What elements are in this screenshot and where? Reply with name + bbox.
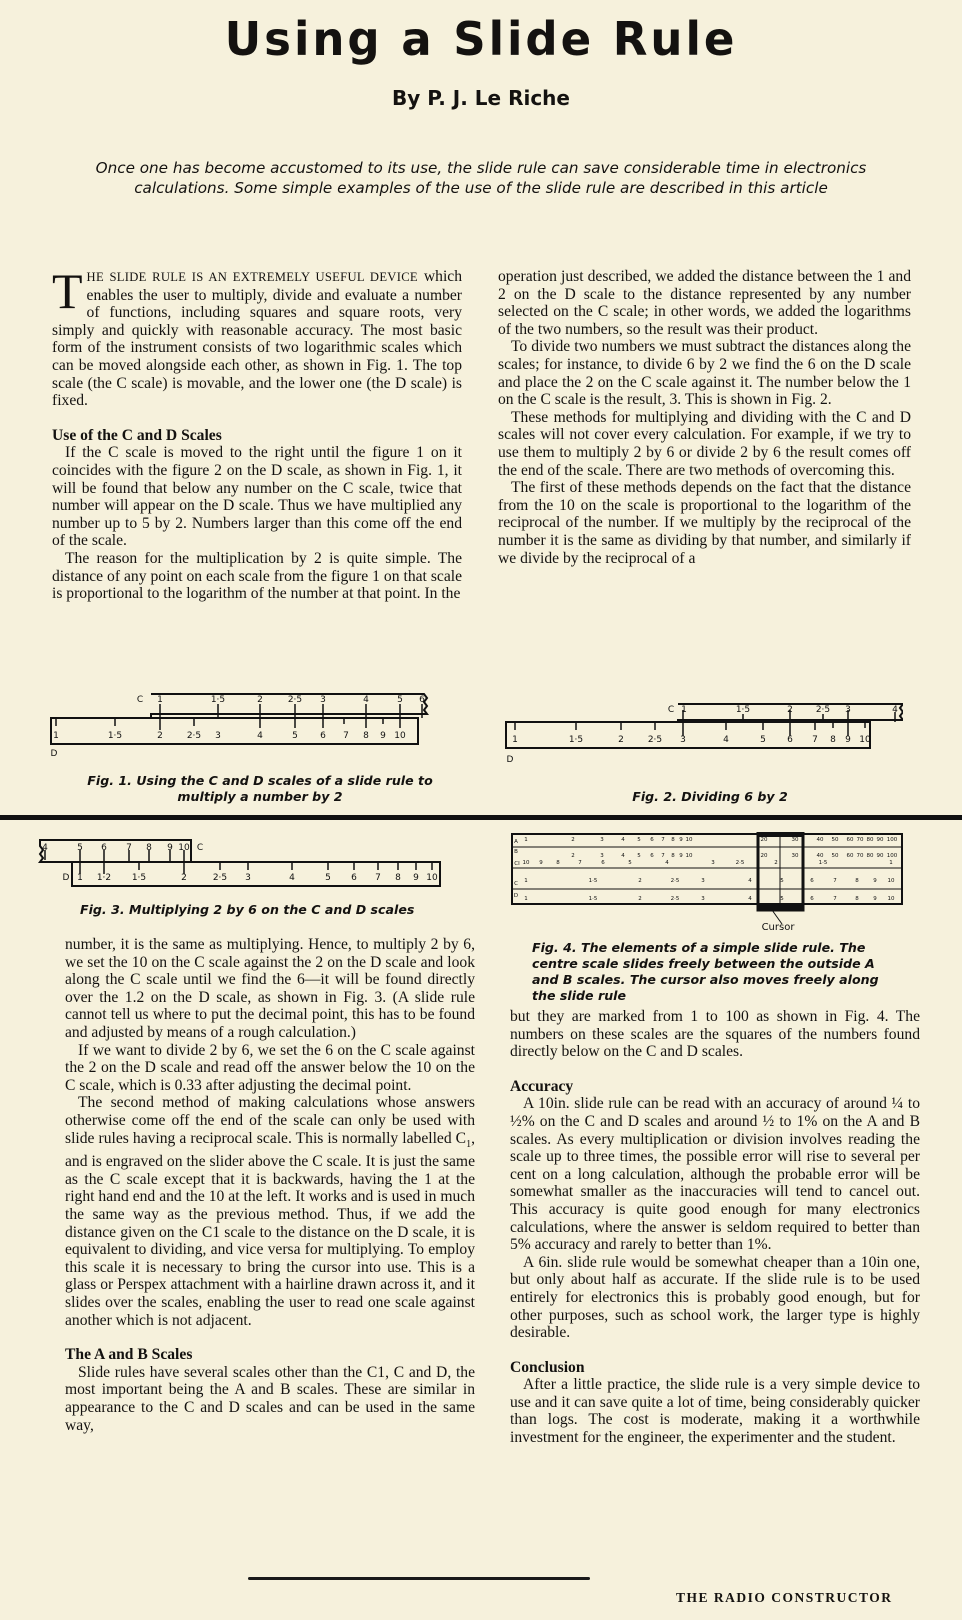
svg-text:6: 6	[320, 731, 326, 741]
svg-text:6: 6	[787, 735, 793, 745]
svg-text:8: 8	[556, 860, 560, 866]
svg-text:9: 9	[539, 860, 543, 866]
svg-text:1·5: 1·5	[589, 878, 598, 884]
svg-text:8: 8	[395, 873, 401, 883]
svg-text:6: 6	[101, 843, 107, 853]
svg-text:1: 1	[512, 735, 518, 745]
paragraph: To divide two numbers we must subtract t…	[498, 338, 911, 408]
svg-text:6: 6	[650, 853, 654, 859]
svg-text:8: 8	[671, 837, 675, 843]
svg-text:2: 2	[157, 731, 163, 741]
svg-text:5: 5	[325, 873, 331, 883]
paragraph: If we want to divide 2 by 6, we set the …	[65, 1042, 475, 1095]
svg-text:1: 1	[524, 896, 528, 902]
article-standfirst: Once one has become accustomed to its us…	[90, 158, 872, 198]
svg-text:7: 7	[343, 731, 349, 741]
paragraph: number, it is the same as multiplying. H…	[65, 936, 475, 1042]
svg-text:10: 10	[859, 735, 871, 745]
column-2-top: operation just described, we added the d…	[498, 268, 911, 567]
drop-cap: T	[52, 270, 83, 312]
svg-text:3: 3	[320, 695, 326, 705]
article-byline: By P. J. Le Riche	[0, 86, 962, 110]
svg-text:1: 1	[53, 731, 59, 741]
svg-text:9: 9	[413, 873, 419, 883]
svg-text:6: 6	[351, 873, 357, 883]
svg-text:7: 7	[833, 896, 837, 902]
svg-text:5: 5	[628, 860, 632, 866]
paragraph: The first of these methods depends on th…	[498, 479, 911, 567]
svg-text:4: 4	[42, 843, 48, 853]
svg-text:2·5: 2·5	[648, 735, 662, 745]
svg-text:7: 7	[833, 878, 837, 884]
svg-text:3: 3	[701, 878, 705, 884]
svg-text:50: 50	[832, 837, 839, 843]
svg-text:1·5: 1·5	[569, 735, 583, 745]
footer-rule	[248, 1577, 590, 1580]
svg-text:1·2: 1·2	[97, 873, 111, 883]
section-divider	[0, 815, 962, 820]
paragraph: These methods for multiplying and dividi…	[498, 409, 911, 479]
svg-text:1·5: 1·5	[211, 695, 225, 705]
svg-text:2·5: 2·5	[187, 731, 201, 741]
svg-text:3: 3	[600, 853, 604, 859]
svg-text:60: 60	[847, 853, 854, 859]
svg-text:7: 7	[578, 860, 582, 866]
svg-text:2: 2	[638, 896, 642, 902]
svg-text:4: 4	[621, 853, 625, 859]
svg-text:1: 1	[524, 878, 528, 884]
lead-smallcaps: HE SLIDE RULE IS AN EXTREMELY USEFUL DEV…	[87, 270, 418, 284]
paragraph: A 10in. slide rule can be read with an a…	[510, 1095, 920, 1253]
svg-text:70: 70	[857, 853, 864, 859]
svg-text:CI: CI	[514, 861, 520, 867]
svg-text:1·5: 1·5	[108, 731, 122, 741]
svg-text:2: 2	[774, 860, 778, 866]
figure-3-caption: Fig. 3. Multiplying 2 by 6 on the C and …	[80, 902, 440, 918]
svg-text:5: 5	[780, 878, 784, 884]
paragraph: The second method of making calculations…	[65, 1094, 475, 1329]
svg-text:100: 100	[887, 837, 898, 843]
svg-text:C: C	[137, 695, 143, 705]
column-1-bottom: number, it is the same as multiplying. H…	[65, 936, 475, 1434]
svg-text:4: 4	[892, 705, 898, 715]
svg-text:3: 3	[701, 896, 705, 902]
svg-text:8: 8	[830, 735, 836, 745]
svg-text:4: 4	[748, 878, 752, 884]
svg-text:4: 4	[748, 896, 752, 902]
svg-text:10: 10	[888, 878, 895, 884]
svg-text:9: 9	[873, 896, 877, 902]
svg-text:2·5: 2·5	[736, 860, 745, 866]
svg-text:9: 9	[873, 878, 877, 884]
svg-text:1·5: 1·5	[819, 860, 828, 866]
paragraph: If the C scale is moved to the right unt…	[52, 444, 462, 550]
svg-text:1: 1	[77, 873, 83, 883]
svg-text:7: 7	[812, 735, 818, 745]
svg-text:D: D	[507, 755, 514, 765]
svg-text:3: 3	[711, 860, 715, 866]
svg-text:4: 4	[621, 837, 625, 843]
column-1-top: THE SLIDE RULE IS AN EXTREMELY USEFUL DE…	[52, 268, 462, 603]
svg-text:9: 9	[380, 731, 386, 741]
figure-2-caption: Fig. 2. Dividing 6 by 2	[560, 789, 860, 805]
svg-text:2: 2	[787, 705, 793, 715]
heading-accuracy: Accuracy	[510, 1078, 920, 1096]
svg-text:3: 3	[845, 705, 851, 715]
heading-cd-scales: Use of the C and D Scales	[52, 427, 462, 445]
figure-1-slide-rule: C 1 1·5 2 2·5 3 4 5 6 1 1·5 2 2·5 3 4 5 …	[48, 690, 448, 765]
svg-text:8: 8	[363, 731, 369, 741]
svg-text:3: 3	[245, 873, 251, 883]
paragraph: The reason for the multiplication by 2 i…	[52, 550, 462, 603]
svg-text:20: 20	[761, 853, 768, 859]
column-2-bottom: but they are marked from 1 to 100 as sho…	[510, 1008, 920, 1447]
svg-text:3: 3	[600, 837, 604, 843]
svg-text:5: 5	[637, 837, 641, 843]
svg-text:80: 80	[867, 853, 874, 859]
svg-text:10: 10	[686, 837, 693, 843]
heading-ab-scales: The A and B Scales	[65, 1346, 475, 1364]
svg-text:70: 70	[857, 837, 864, 843]
svg-text:6: 6	[419, 695, 425, 705]
svg-text:C: C	[514, 881, 518, 887]
svg-text:30: 30	[792, 853, 799, 859]
svg-text:1: 1	[157, 695, 163, 705]
svg-text:6: 6	[810, 878, 814, 884]
svg-text:5: 5	[397, 695, 403, 705]
svg-text:D: D	[51, 749, 58, 759]
svg-text:90: 90	[877, 853, 884, 859]
figure-3-slide-rule: 4 5 6 7 8 9 10 C D 1 1·2 1·5 2 2·5 3 4 5…	[36, 838, 446, 901]
svg-text:10: 10	[426, 873, 438, 883]
svg-text:8: 8	[855, 878, 859, 884]
svg-text:5: 5	[77, 843, 83, 853]
svg-text:80: 80	[867, 837, 874, 843]
svg-text:C: C	[197, 843, 203, 853]
svg-text:10: 10	[178, 843, 190, 853]
paragraph: but they are marked from 1 to 100 as sho…	[510, 1008, 920, 1061]
figure-1-caption: Fig. 1. Using the C and D scales of a sl…	[70, 773, 450, 805]
svg-text:20: 20	[761, 837, 768, 843]
svg-text:B: B	[514, 849, 518, 855]
svg-text:1·5: 1·5	[132, 873, 146, 883]
paragraph: A 6in. slide rule would be somewhat chea…	[510, 1254, 920, 1342]
figure-2-slide-rule: C 1 1·5 2 2·5 3 4 1 1·5 2 2·5 3 4 5 6 7 …	[503, 700, 903, 775]
svg-text:2: 2	[618, 735, 624, 745]
svg-text:2: 2	[181, 873, 187, 883]
figure-4-caption: Fig. 4. The elements of a simple slide r…	[532, 940, 902, 1004]
svg-text:40: 40	[817, 837, 824, 843]
svg-text:D: D	[514, 893, 518, 899]
intro-paragraph: THE SLIDE RULE IS AN EXTREMELY USEFUL DE…	[52, 268, 462, 410]
svg-text:8: 8	[855, 896, 859, 902]
svg-text:3: 3	[680, 735, 686, 745]
svg-text:1: 1	[524, 837, 528, 843]
svg-text:4: 4	[723, 735, 729, 745]
svg-text:30: 30	[792, 837, 799, 843]
article-title: Using a Slide Rule	[10, 12, 953, 66]
svg-text:7: 7	[375, 873, 381, 883]
svg-text:60: 60	[847, 837, 854, 843]
cursor-label: Cursor	[762, 922, 796, 932]
svg-text:10: 10	[523, 860, 530, 866]
svg-text:2·5: 2·5	[671, 878, 680, 884]
svg-text:7: 7	[126, 843, 132, 853]
svg-text:6: 6	[650, 837, 654, 843]
svg-text:9: 9	[679, 853, 683, 859]
svg-text:8: 8	[671, 853, 675, 859]
svg-text:40: 40	[817, 853, 824, 859]
svg-text:3: 3	[215, 731, 221, 741]
paragraph: Slide rules have several scales other th…	[65, 1364, 475, 1434]
paragraph: operation just described, we added the d…	[498, 268, 911, 338]
svg-text:90: 90	[877, 837, 884, 843]
publication-name: THE RADIO CONSTRUCTOR	[676, 1590, 893, 1606]
svg-text:1: 1	[889, 860, 893, 866]
svg-text:10: 10	[394, 731, 406, 741]
svg-text:1·5: 1·5	[736, 705, 750, 715]
svg-text:10: 10	[888, 896, 895, 902]
svg-text:6: 6	[601, 860, 605, 866]
svg-text:9: 9	[679, 837, 683, 843]
svg-text:2·5: 2·5	[671, 896, 680, 902]
figure-4-slide-rule: A B CI C D 1 2 3 4 5 6 7 8 9 10 20 30 40…	[510, 832, 905, 937]
svg-text:1: 1	[681, 705, 687, 715]
svg-text:2·5: 2·5	[213, 873, 227, 883]
svg-text:D: D	[63, 873, 70, 883]
svg-text:7: 7	[661, 853, 665, 859]
svg-text:6: 6	[810, 896, 814, 902]
svg-text:2: 2	[257, 695, 263, 705]
svg-text:5: 5	[760, 735, 766, 745]
svg-text:7: 7	[661, 837, 665, 843]
svg-text:5: 5	[637, 853, 641, 859]
svg-text:2: 2	[571, 837, 575, 843]
svg-text:10: 10	[686, 853, 693, 859]
svg-text:5: 5	[780, 896, 784, 902]
svg-text:4: 4	[257, 731, 263, 741]
svg-text:4: 4	[665, 860, 669, 866]
svg-text:4: 4	[363, 695, 369, 705]
svg-text:8: 8	[146, 843, 152, 853]
svg-text:2·5: 2·5	[288, 695, 302, 705]
svg-text:1·5: 1·5	[589, 896, 598, 902]
svg-text:5: 5	[292, 731, 298, 741]
svg-text:A: A	[514, 839, 518, 845]
svg-text:9: 9	[845, 735, 851, 745]
svg-text:50: 50	[832, 853, 839, 859]
svg-text:2: 2	[571, 853, 575, 859]
heading-conclusion: Conclusion	[510, 1359, 920, 1377]
svg-text:9: 9	[167, 843, 173, 853]
svg-text:100: 100	[887, 853, 898, 859]
svg-text:4: 4	[289, 873, 295, 883]
intro-text: which enables the user to multiply, divi…	[52, 268, 462, 409]
svg-text:C: C	[668, 705, 674, 715]
paragraph: After a little practice, the slide rule …	[510, 1376, 920, 1446]
svg-text:2: 2	[638, 878, 642, 884]
svg-text:2·5: 2·5	[816, 705, 830, 715]
